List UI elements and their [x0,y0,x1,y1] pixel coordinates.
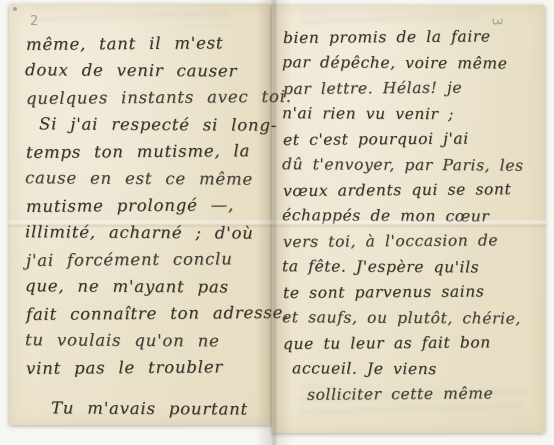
letter-page-left: 2 même, tant il m'est doux de venir caus… [9,4,272,425]
handwritten-line: que tu leur as fait bon [283,330,545,358]
handwritten-line: échappés de mon cœur [282,203,544,230]
handwritten-line: j'ai forcément conclu [26,245,272,274]
handwritten-line: n'ai rien vu venir ; [282,101,544,128]
letter-page-right: 3 bien promis de la faire par dépêche, v… [272,5,545,433]
handwritten-line: temps ton mutisme, la [26,137,272,166]
handwritten-line: Tu m'avais pourtant [25,394,271,423]
handwritten-line: doux de venir causer [25,56,271,85]
page-left-text: même, tant il m'est doux de venir causer… [25,30,271,422]
handwritten-line: ta fête. J'espère qu'ils [282,254,544,281]
handwritten-line: cause en est ce même [25,164,271,193]
page-number-left: 2 [30,14,38,29]
handwritten-line: vers toi, à l'occasion de [283,228,545,256]
handwritten-line: tu voulais qu'on ne [25,326,271,355]
handwritten-line: même, tant il m'est [26,29,272,58]
handwritten-line: accueil. Je viens [282,356,544,383]
handwritten-line: te sont parvenus sains [283,279,545,307]
corner-mark [13,7,17,11]
handwritten-line: vint pas le troubler [26,353,272,382]
handwritten-line: par dépêche, voire même [282,50,544,77]
handwritten-line: par lettre. Hélas! je [283,75,545,103]
page-right-text: bien promis de la faire par dépêche, voi… [282,25,544,408]
handwritten-line: vœux ardents qui se sont [283,177,545,205]
handwritten-line: bien promis de la faire [283,24,545,52]
handwritten-line: dû t'envoyer, par Paris, les [282,152,544,179]
handwritten-line: et c'est pourquoi j'ai [283,126,545,154]
handwritten-line: et saufs, ou plutôt, chérie, [282,305,544,332]
handwritten-line: Si j'ai respecté si long- [25,110,271,139]
handwritten-line: fait connaître ton adresse, [26,299,272,328]
handwritten-line: solliciter cette même [283,381,545,409]
handwritten-line: quelques instants avec toi. [26,83,272,112]
handwritten-line: que, ne m'ayant pas [25,272,271,301]
handwritten-line: mutisme prolongé —, [26,191,272,220]
letter-scan: 2 même, tant il m'est doux de venir caus… [0,0,554,445]
handwritten-line: illimité, acharné ; d'où [25,218,271,247]
